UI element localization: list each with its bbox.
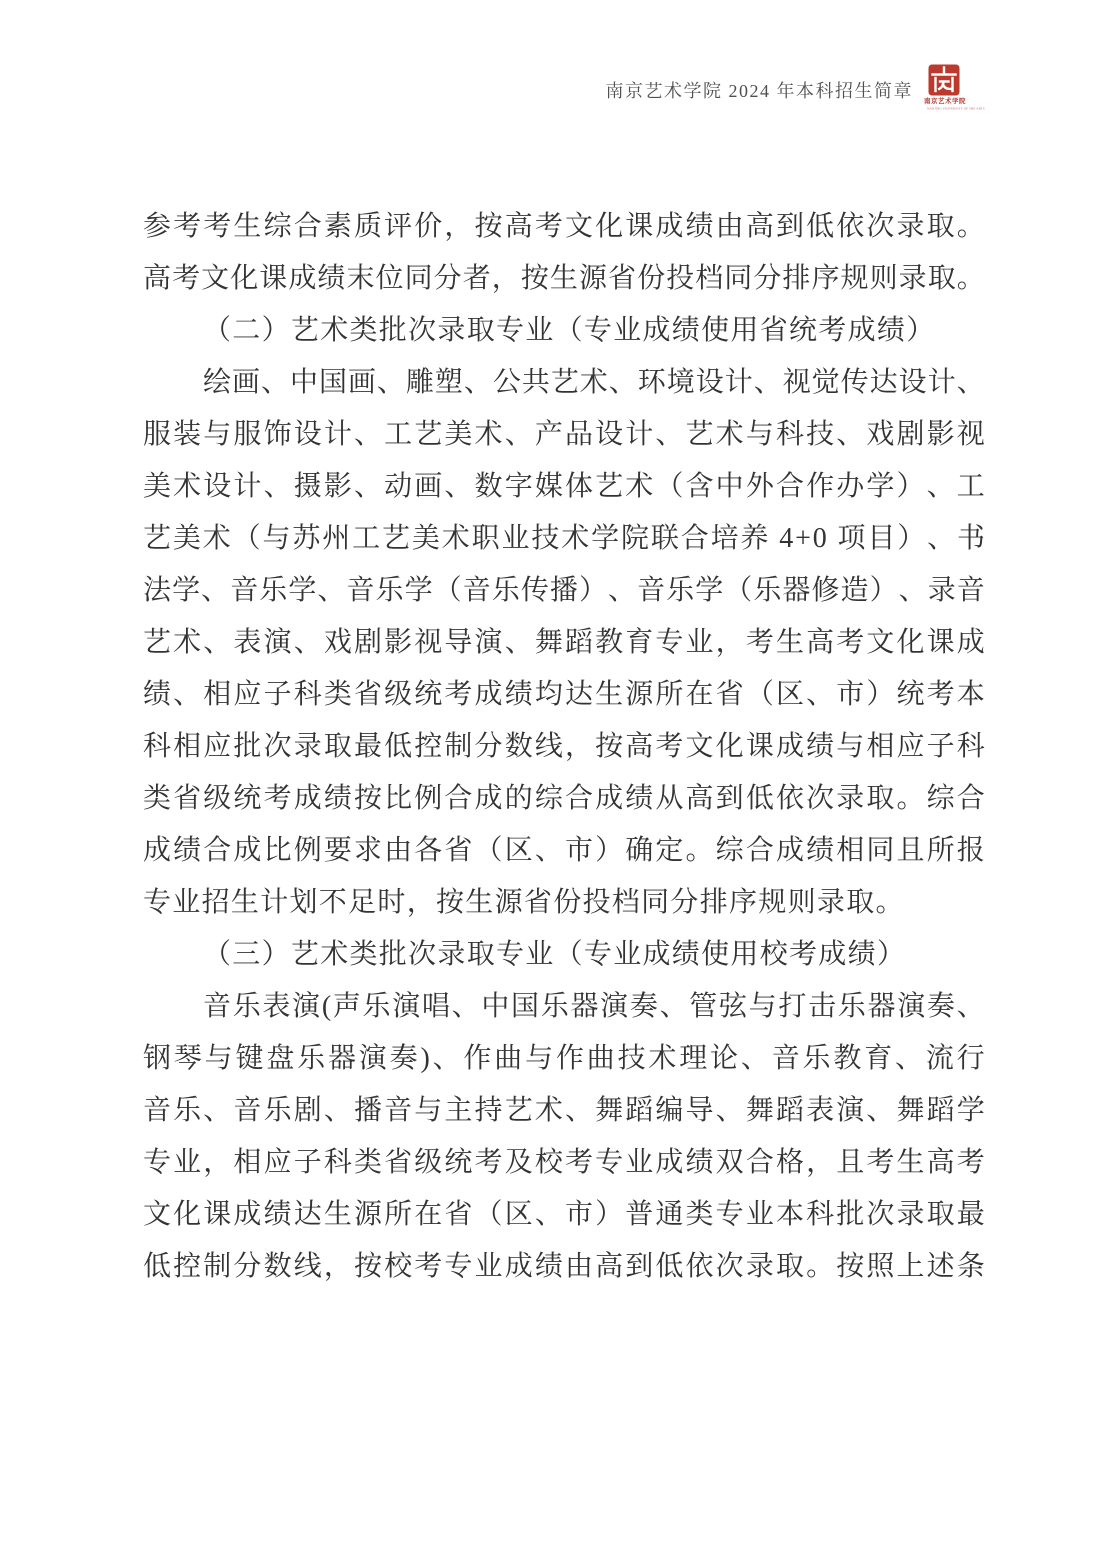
university-seal-icon [928, 64, 960, 96]
text-line: 类省级统考成绩按比例合成的综合成绩从高到低依次录取。综合 [143, 773, 985, 825]
document-body: 参考考生综合素质评价，按高考文化课成绩由高到低依次录取。高考文化课成绩末位同分者… [143, 201, 985, 1293]
text-line: 绘画、中国画、雕塑、公共艺术、环境设计、视觉传达设计、 [143, 357, 985, 409]
running-head-title: 南京艺术学院 2024 年本科招生简章 [606, 77, 914, 103]
logo-subcaption: NANJING UNIVERSITY OF THE ARTS [927, 107, 961, 110]
text-line: 艺术、表演、戏剧影视导演、舞蹈教育专业，考生高考文化课成 [143, 617, 985, 669]
text-line: 美术设计、摄影、动画、数字媒体艺术（含中外合作办学）、工 [143, 461, 985, 513]
text-line: 科相应批次录取最低控制分数线，按高考文化课成绩与相应子科 [143, 721, 985, 773]
document-page: 南京艺术学院 2024 年本科招生简章 南京艺术学院 NANJING UNIVE… [0, 0, 1102, 1559]
text-line: 绩、相应子科类省级统考成绩均达生源所在省（区、市）统考本 [143, 669, 985, 721]
text-line: 专业，相应子科类省级统考及校考专业成绩双合格，且考生高考 [143, 1137, 985, 1189]
text-line: （三）艺术类批次录取专业（专业成绩使用校考成绩） [143, 929, 985, 981]
text-line: 参考考生综合素质评价，按高考文化课成绩由高到低依次录取。 [143, 201, 985, 253]
text-line: 专业招生计划不足时，按生源省份投档同分排序规则录取。 [143, 877, 985, 929]
text-line: 成绩合成比例要求由各省（区、市）确定。综合成绩相同且所报 [143, 825, 985, 877]
text-line: 服装与服饰设计、工艺美术、产品设计、艺术与科技、戏剧影视 [143, 409, 985, 461]
university-logo: 南京艺术学院 NANJING UNIVERSITY OF THE ARTS [924, 64, 964, 111]
text-line: 低控制分数线，按校考专业成绩由高到低依次录取。按照上述条 [143, 1241, 985, 1293]
text-line: 高考文化课成绩末位同分者，按生源省份投档同分排序规则录取。 [143, 253, 985, 305]
logo-caption-calligraphy: 南京艺术学院 [924, 99, 964, 106]
text-line: 音乐、音乐剧、播音与主持艺术、舞蹈编导、舞蹈表演、舞蹈学 [143, 1085, 985, 1137]
text-line: 文化课成绩达生源所在省（区、市）普通类专业本科批次录取最 [143, 1189, 985, 1241]
text-line: 音乐表演(声乐演唱、中国乐器演奏、管弦与打击乐器演奏、 [143, 981, 985, 1033]
text-line: 钢琴与键盘乐器演奏)、作曲与作曲技术理论、音乐教育、流行 [143, 1033, 985, 1085]
text-line: 艺美术（与苏州工艺美术职业技术学院联合培养 4+0 项目）、书 [143, 513, 985, 565]
text-line: 法学、音乐学、音乐学（音乐传播）、音乐学（乐器修造）、录音 [143, 565, 985, 617]
text-line: （二）艺术类批次录取专业（专业成绩使用省统考成绩） [143, 305, 985, 357]
